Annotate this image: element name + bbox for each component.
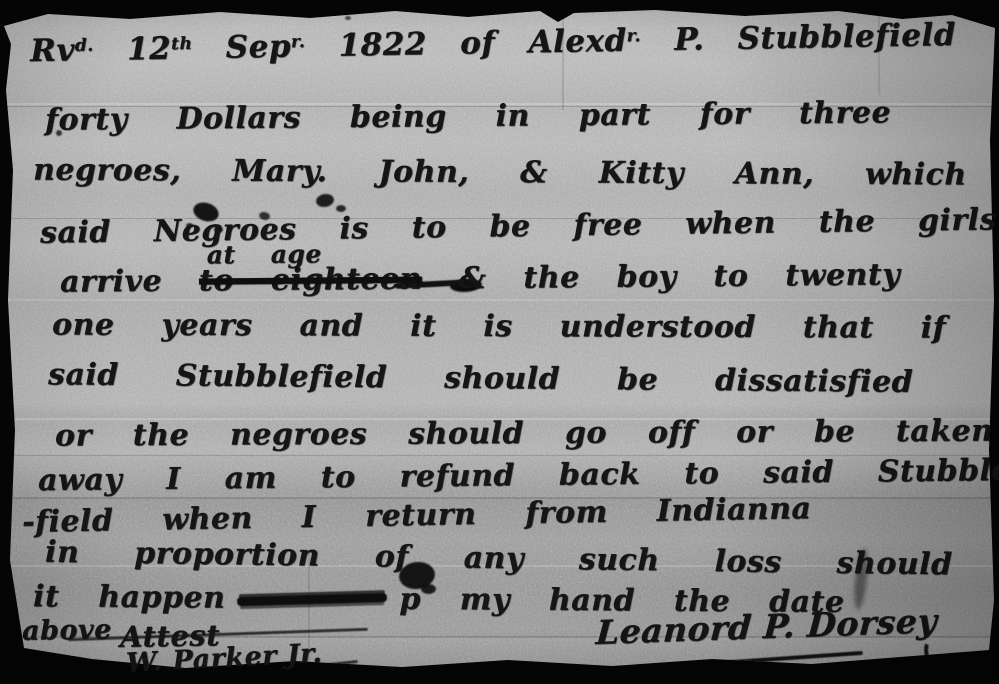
line-amount: forty Dollars being in part for three (45, 98, 891, 135)
line-freedom-terms: said Negroes is to be free when the girl… (40, 205, 997, 248)
closing-above: above (22, 616, 112, 645)
received-abbrev: Rv (30, 32, 75, 69)
inserted-correction: at age (207, 241, 322, 267)
scratched-out-word (237, 593, 387, 606)
line-proportion: in proportion of any such loss should (45, 538, 953, 581)
line-return-indianna: -field when I return from Indianna (22, 494, 812, 538)
line-dissatisfied: said Stubblefield should be dissatisfied (48, 360, 913, 398)
line-names: negroes, Mary. John, & Kitty Ann, which (33, 156, 967, 191)
line-age-terms: arrive at age to eighteen & the boy to t… (60, 260, 900, 297)
line-runaway: or the negroes should go off or be taken (55, 417, 994, 452)
line-received-date: Rvd. 12th Sepr. 1822 of Alexdr. P. Stubb… (30, 20, 956, 67)
line-refund: away I am to refund back to said Stubble… (38, 456, 999, 496)
line-age-terms-2: one years and it is understood that if (52, 310, 946, 343)
scanned-manuscript: Rvd. 12th Sepr. 1822 of Alexdr. P. Stubb… (0, 0, 999, 684)
manuscript-text: Rvd. 12th Sepr. 1822 of Alexdr. P. Stubb… (0, 0, 999, 684)
principal-signature: Leanord P. Dorsey (595, 604, 938, 649)
corrected-phrase: at age to eighteen (199, 265, 422, 297)
